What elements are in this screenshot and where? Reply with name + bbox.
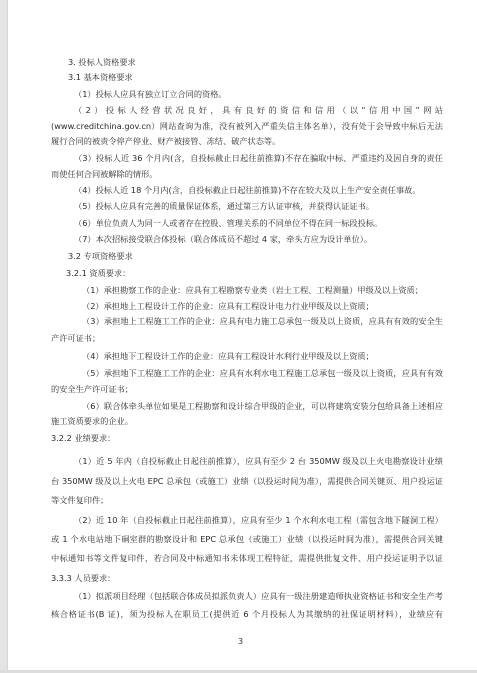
text-line-b4: （4）投标人近 18 个月内(含，自投标截止日起往前推算)不存在较大及以上生产安… — [74, 185, 421, 196]
text-line-q3b: 产许可证书； — [51, 333, 100, 344]
text-line-q3a: （3）承担地上工程施工工作的企业：应具有电力施工总承包一级及以上资质，应具有有效… — [82, 316, 443, 327]
text-line-b6: （6）单位负责人为同一人或者存在控股、管理关系的不同单位不得在同一标段投标。 — [74, 218, 382, 229]
text-line-p1c: 等文件复印件； — [51, 495, 108, 506]
text-line-p1b: 台 350MW 级及以上火电 EPC 总承包（或施工）业绩（以投运时间为准），需… — [51, 476, 443, 487]
text-line-b2a: （2）投标人经营状况良好，具有良好的资信和信用（以“信用中国”网站 — [74, 105, 443, 116]
text-line-q5b: 的安全生产许可证书； — [51, 384, 133, 395]
document-page: 3. 投标人资格要求3.1 基本资格要求（1）投标人应具有独立订立合同的资格。（… — [8, 0, 477, 670]
page-number: 3 — [238, 637, 243, 646]
text-line-p2c: 中标通知书等文件复印件，若合同及中标通知书未体现工程特征，需提供批复文件、用户投… — [51, 553, 443, 564]
text-line-b3b: 而使任何合同被解除的情形。 — [51, 169, 157, 180]
text-line-p2b: 或 1 个水电站地下硐室群的勘察设计和 EPC 总承包（或施工）业绩（以投运时间… — [51, 534, 443, 545]
text-line-q1: （1）承担勘察工作的企业：应具有工程勘察专业类（岩土工程、工程测量）甲级及以上资… — [82, 285, 423, 296]
section-heading-h3: 3. 投标人资格要求 — [68, 57, 136, 68]
section-heading-h321: 3.2.1 资质要求： — [66, 268, 130, 279]
text-line-q6b: 施工资质要求的企业。 — [51, 416, 133, 427]
section-heading-h31: 3.1 基本资格要求 — [68, 72, 133, 83]
text-line-r1a: （1）拟派项目经理（包括联合体成员拟派负责人）应具有一级注册建造师执业资格证书和… — [74, 591, 443, 602]
text-line-b1: （1）投标人应具有独立订立合同的资格。 — [74, 89, 227, 100]
text-line-p2a: （2）近 10 年（自投标截止日起往前推算），应具有至少 1 个水利水电工程（需… — [74, 515, 443, 526]
section-heading-h32: 3.2 专项资格要求 — [68, 251, 133, 262]
text-line-q6a: （6）联合体牵头单位如果是工程勘察和设计综合甲级的企业，可以将建筑安装分包给具备… — [82, 401, 443, 412]
text-line-q2: （2）承担地上工程设计工作的企业：应具有工程设计电力行业甲级及以上资质； — [82, 301, 374, 312]
text-line-b2b: (www.creditchina.gov.cn）网站查询为准，没有被列入严重失信… — [51, 121, 443, 132]
text-line-q5a: （5）承担地下工程施工工作的企业：应具有水利水电工程施工总承包一级及以上资质，应… — [82, 368, 443, 379]
section-heading-h322: 3.2.2 业绩要求： — [51, 433, 115, 444]
viewer-left-gutter — [0, 0, 8, 673]
text-line-b3a: （3）投标人近 36 个月内(含，自投标截止日起往前推算)不存在骗取中标、严重违… — [74, 153, 443, 164]
text-line-b5: （5）投标人应具有完善的质量保证体系，通过第三方认证审核，并获得认证证书。 — [74, 201, 374, 212]
text-line-b2c: 履行合同的被责令停产停业、财产被接管、冻结、破产状态等。 — [51, 136, 280, 147]
text-line-r1b: 核合格证书(B 证)，须为投标人在职员工(提供近 6 个月投标人为其缴纳的社保证… — [51, 609, 443, 620]
text-line-b7: （7）本次招标接受联合体投标（联合体成员不超过 4 家，牵头方应为设计单位）。 — [74, 234, 372, 245]
section-heading-h333: 3.3.3 人员要求： — [51, 573, 115, 584]
text-line-q4: （4）承担地下工程设计工作的企业：应具有工程设计水利行业甲级及以上资质； — [82, 351, 374, 362]
text-line-p1a: （1）近 5 年内（自投标截止日起往前推算），应具有至少 2 台 350MW 级… — [74, 456, 443, 467]
